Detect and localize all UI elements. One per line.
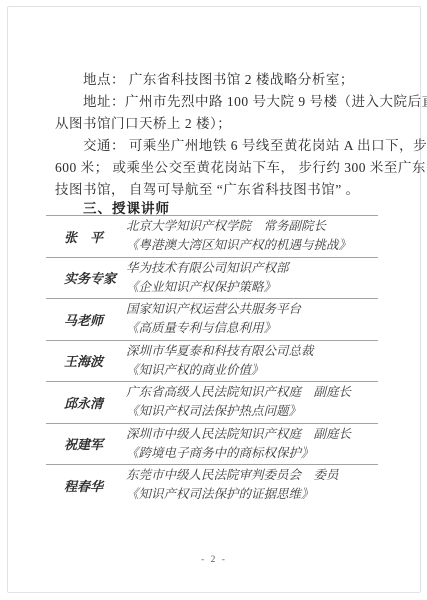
body-line-transport-2: 600 米； 或乘坐公交至黄花岗站下车， 步行约 300 米至广东省科 xyxy=(55,157,391,179)
lecturer-title: 深圳市华夏泰和科技有限公司总裁 xyxy=(126,342,378,361)
lecturer-topic: 《企业知识产权保护策略》 xyxy=(126,278,378,297)
lecturer-name: 马老师 xyxy=(46,310,126,329)
lecturer-name: 祝建军 xyxy=(46,434,126,453)
document-canvas: 地点： 广东省科技图书馆 2 楼战略分析室； 地址：广州市先烈中路 100 号大… xyxy=(0,0,427,600)
lecturer-name: 实务专家 xyxy=(46,268,126,287)
lecturer-topic: 《知识产权司法保护的证据思维》 xyxy=(126,485,378,504)
lecturer-table: 张 平 北京大学知识产权学院 常务副院长 《粤港澳大湾区知识产权的机遇与挑战》 … xyxy=(46,215,378,506)
lecturer-details: 北京大学知识产权学院 常务副院长 《粤港澳大湾区知识产权的机遇与挑战》 xyxy=(126,217,378,255)
body-line-location: 地点： 广东省科技图书馆 2 楼战略分析室； xyxy=(55,69,391,91)
body-line-address-1: 地址：广州市先烈中路 100 号大院 9 号楼（进入大院后直走， xyxy=(55,91,391,113)
lecturer-details: 国家知识产权运营公共服务平台 《高质量专利与信息利用》 xyxy=(126,300,378,338)
lecturer-title: 北京大学知识产权学院 常务副院长 xyxy=(126,217,378,236)
lecturer-topic: 《粤港澳大湾区知识产权的机遇与挑战》 xyxy=(126,236,378,255)
table-row: 实务专家 华为技术有限公司知识产权部 《企业知识产权保护策略》 xyxy=(46,257,378,299)
lecturer-name: 程春华 xyxy=(46,476,126,495)
lecturer-topic: 《知识产权司法保护热点问题》 xyxy=(126,402,378,421)
lecturer-topic: 《跨境电子商务中的商标权保护》 xyxy=(126,444,378,463)
lecturer-title: 东莞市中级人民法院审判委员会 委员 xyxy=(126,466,378,485)
table-row: 祝建军 深圳市中级人民法院知识产权庭 副庭长 《跨境电子商务中的商标权保护》 xyxy=(46,423,378,465)
lecturer-topic: 《高质量专利与信息利用》 xyxy=(126,319,378,338)
table-row: 邱永清 广东省高级人民法院知识产权庭 副庭长 《知识产权司法保护热点问题》 xyxy=(46,381,378,423)
lecturer-name: 王海波 xyxy=(46,351,126,370)
lecturer-details: 深圳市中级人民法院知识产权庭 副庭长 《跨境电子商务中的商标权保护》 xyxy=(126,425,378,463)
table-row: 马老师 国家知识产权运营公共服务平台 《高质量专利与信息利用》 xyxy=(46,298,378,340)
body-text-block: 地点： 广东省科技图书馆 2 楼战略分析室； 地址：广州市先烈中路 100 号大… xyxy=(55,69,391,201)
section-heading-lecturers: 三、授课讲师 xyxy=(83,197,170,217)
lecturer-details: 广东省高级人民法院知识产权庭 副庭长 《知识产权司法保护热点问题》 xyxy=(126,383,378,421)
lecturer-name: 张 平 xyxy=(46,227,126,246)
lecturer-title: 广东省高级人民法院知识产权庭 副庭长 xyxy=(126,383,378,402)
lecturer-title: 国家知识产权运营公共服务平台 xyxy=(126,300,378,319)
lecturer-title: 深圳市中级人民法院知识产权庭 副庭长 xyxy=(126,425,378,444)
lecturer-details: 东莞市中级人民法院审判委员会 委员 《知识产权司法保护的证据思维》 xyxy=(126,466,378,504)
page-number: - 2 - xyxy=(8,555,420,565)
body-line-address-2: 从图书馆门口天桥上 2 楼）； xyxy=(55,113,391,135)
table-row: 张 平 北京大学知识产权学院 常务副院长 《粤港澳大湾区知识产权的机遇与挑战》 xyxy=(46,215,378,257)
body-line-transport-1: 交通： 可乘坐广州地铁 6 号线至黄花岗站 A 出口下，步行约 xyxy=(55,135,391,157)
lecturer-details: 深圳市华夏泰和科技有限公司总裁 《知识产权的商业价值》 xyxy=(126,342,378,380)
lecturer-name: 邱永清 xyxy=(46,393,126,412)
lecturer-details: 华为技术有限公司知识产权部 《企业知识产权保护策略》 xyxy=(126,259,378,297)
document-page: 地点： 广东省科技图书馆 2 楼战略分析室； 地址：广州市先烈中路 100 号大… xyxy=(7,6,421,593)
table-row: 程春华 东莞市中级人民法院审判委员会 委员 《知识产权司法保护的证据思维》 xyxy=(46,464,378,506)
lecturer-topic: 《知识产权的商业价值》 xyxy=(126,361,378,380)
lecturer-title: 华为技术有限公司知识产权部 xyxy=(126,259,378,278)
table-row: 王海波 深圳市华夏泰和科技有限公司总裁 《知识产权的商业价值》 xyxy=(46,340,378,382)
